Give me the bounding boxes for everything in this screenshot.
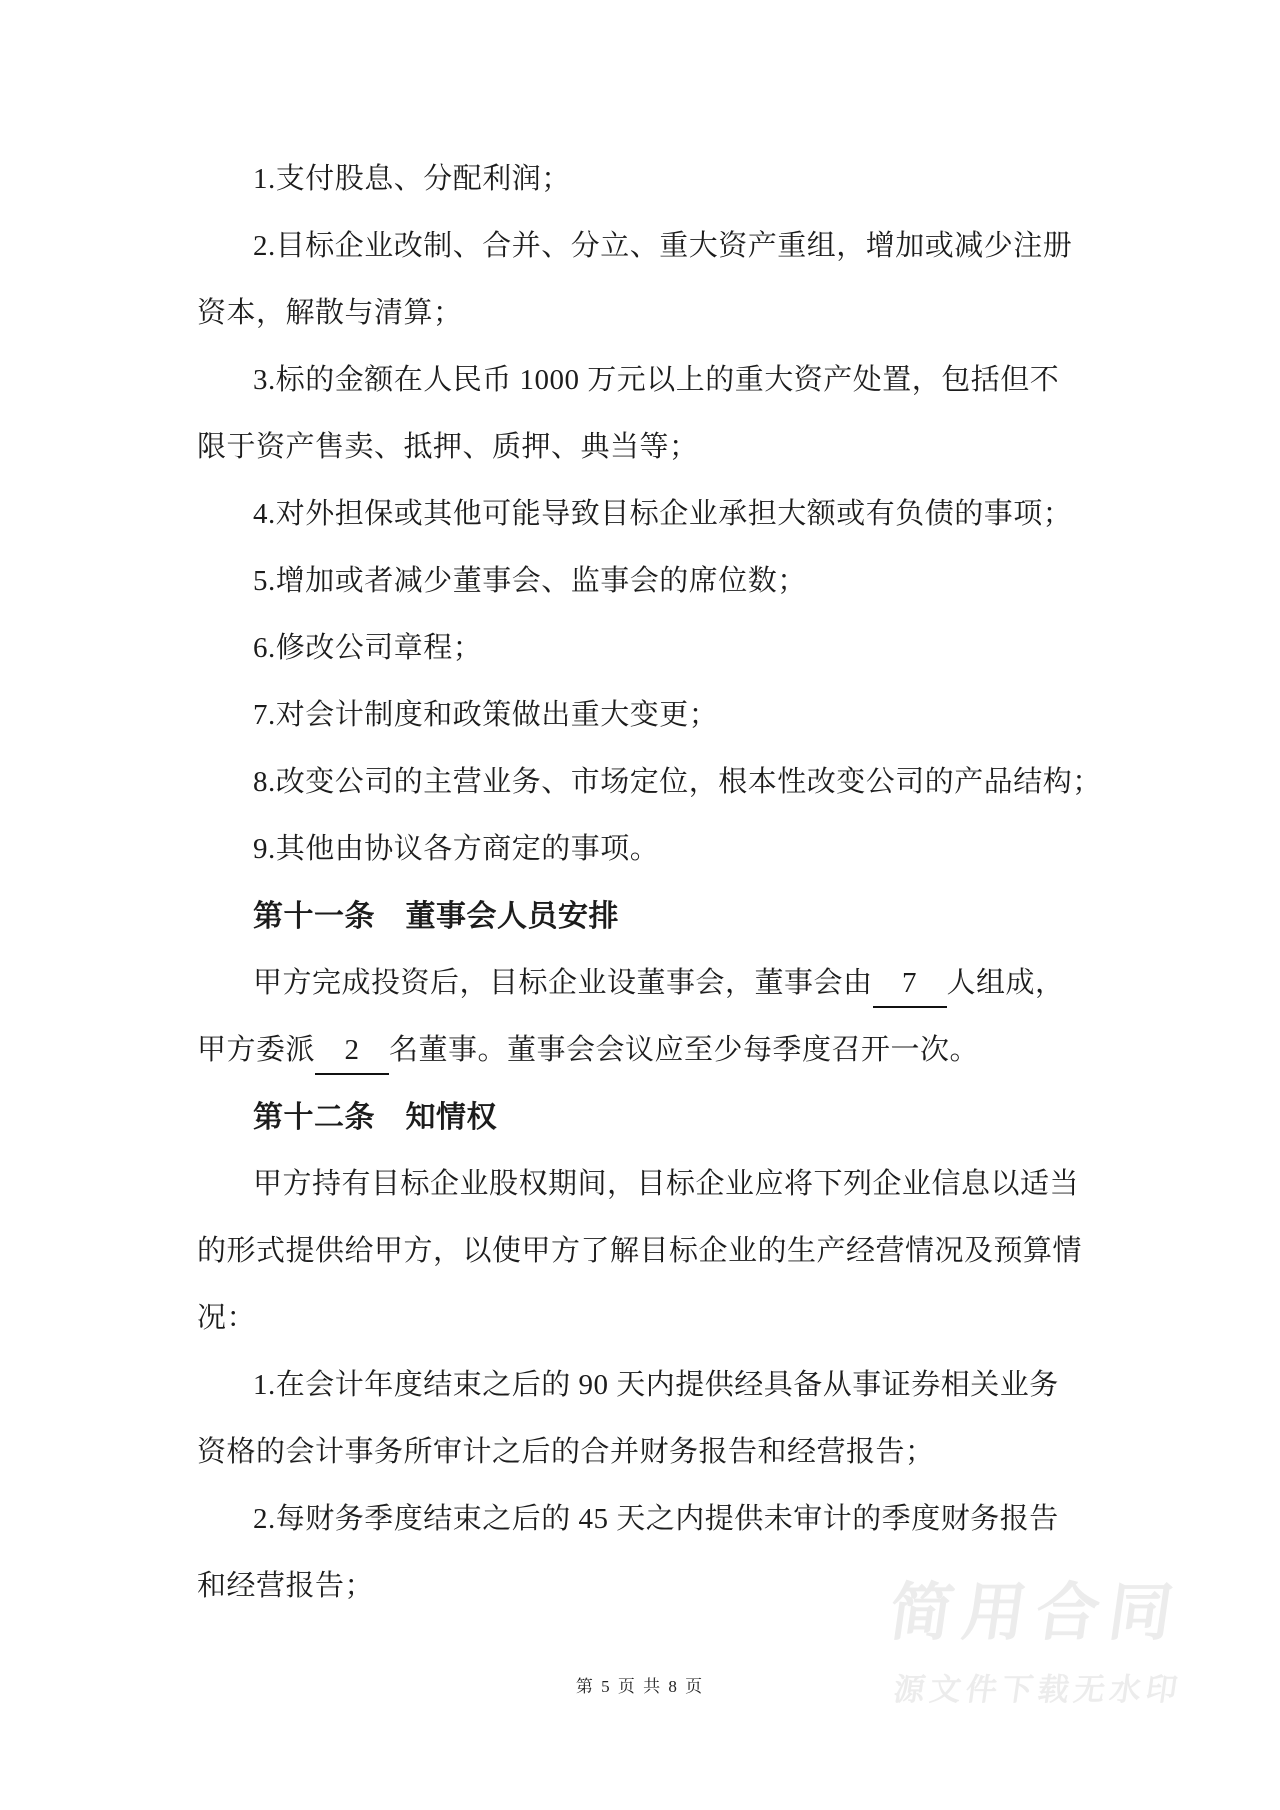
text-line: 的形式提供给甲方，以使甲方了解目标企业的生产经营情况及预算情 [197,1218,1112,1285]
text-segment: 2.目标企业改制、合并、分立、重大资产重组，增加或减少注册 [253,230,1072,262]
contract-body: 1.支付股息、分配利润；2.目标企业改制、合并、分立、重大资产重组，增加或减少注… [0,146,1280,1620]
text-segment: 1.在会计年度结束之后的 90 天内提供经具备从事证券相关业务 [253,1369,1059,1401]
text-segment: 限于资产售卖、抵押、质押、典当等； [197,431,699,463]
text-segment: 甲方委派 [197,1034,315,1066]
text-line: 6.修改公司章程； [197,615,1112,682]
text-line: 甲方持有目标企业股权期间，目标企业应将下列企业信息以适当 [197,1151,1112,1218]
text-segment: 5.增加或者减少董事会、监事会的席位数； [253,565,807,597]
text-segment: 的形式提供给甲方，以使甲方了解目标企业的生产经营情况及预算情 [197,1235,1082,1267]
text-segment: 7.对会计制度和政策做出重大变更； [253,699,718,731]
text-segment: 名董事。董事会会议应至少每季度召开一次。 [389,1034,979,1066]
text-line: 况： [197,1285,1112,1352]
text-line: 2.每财务季度结束之后的 45 天之内提供未审计的季度财务报告 [197,1486,1112,1553]
text-line: 资格的会计事务所审计之后的合并财务报告和经营报告； [197,1419,1112,1486]
text-segment: 第十二条 知情权 [253,1101,497,1134]
text-segment: 况： [197,1302,256,1334]
text-segment: 8.改变公司的主营业务、市场定位，根本性改变公司的产品结构； [253,766,1102,798]
text-segment: 1.支付股息、分配利润； [253,163,571,195]
text-line: 1.支付股息、分配利润； [197,146,1112,213]
document-page: 1.支付股息、分配利润；2.目标企业改制、合并、分立、重大资产重组，增加或减少注… [0,0,1280,1810]
text-line: 1.在会计年度结束之后的 90 天内提供经具备从事证券相关业务 [197,1352,1112,1419]
filled-blank: 2 [315,1033,389,1075]
text-segment: 甲方完成投资后，目标企业设董事会，董事会由 [253,967,873,999]
text-line: 8.改变公司的主营业务、市场定位，根本性改变公司的产品结构； [197,749,1112,816]
text-line: 甲方委派2名董事。董事会会议应至少每季度召开一次。 [197,1017,1112,1084]
text-line: 限于资产售卖、抵押、质押、典当等； [197,414,1112,481]
text-segment: 4.对外担保或其他可能导致目标企业承担大额或有负债的事项； [253,498,1072,530]
text-line: 5.增加或者减少董事会、监事会的席位数； [197,548,1112,615]
text-segment: 资本，解散与清算； [197,297,463,329]
text-line: 甲方完成投资后，目标企业设董事会，董事会由7人组成， [197,950,1112,1017]
text-line: 2.目标企业改制、合并、分立、重大资产重组，增加或减少注册 [197,213,1112,280]
text-segment: 2.每财务季度结束之后的 45 天之内提供未审计的季度财务报告 [253,1503,1059,1535]
text-segment: 3.标的金额在人民币 1000 万元以上的重大资产处置，包括但不 [253,364,1059,396]
text-segment: 甲方持有目标企业股权期间，目标企业应将下列企业信息以适当 [253,1168,1079,1200]
text-segment: 6.修改公司章程； [253,632,482,664]
text-segment: 和经营报告； [197,1570,374,1602]
text-segment: 人组成， [947,967,1065,999]
text-segment: 9.其他由协议各方商定的事项。 [253,833,659,865]
text-line: 9.其他由协议各方商定的事项。 [197,816,1112,883]
text-line: 和经营报告； [197,1553,1112,1620]
text-line: 3.标的金额在人民币 1000 万元以上的重大资产处置，包括但不 [197,347,1112,414]
section-heading: 第十一条 董事会人员安排 [197,883,1112,950]
text-line: 7.对会计制度和政策做出重大变更； [197,682,1112,749]
filled-blank: 7 [873,966,947,1008]
page-number: 第 5 页 共 8 页 [0,1672,1280,1697]
text-segment: 第十一条 董事会人员安排 [253,900,619,933]
text-line: 4.对外担保或其他可能导致目标企业承担大额或有负债的事项； [197,481,1112,548]
text-segment: 资格的会计事务所审计之后的合并财务报告和经营报告； [197,1436,935,1468]
section-heading: 第十二条 知情权 [197,1084,1112,1151]
text-line: 资本，解散与清算； [197,280,1112,347]
